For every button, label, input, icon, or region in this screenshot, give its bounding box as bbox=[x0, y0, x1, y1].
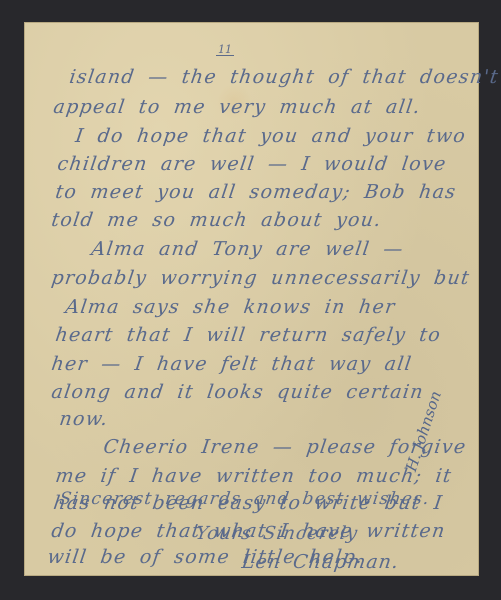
letter-line: children are well — I would love bbox=[56, 153, 448, 175]
letter-line: Sincerest regards and best wishes. bbox=[58, 488, 432, 510]
letter-line: me if I have written too much; it bbox=[54, 465, 454, 487]
letter-line: Alma says she knows in her bbox=[64, 296, 397, 318]
letter-line: along and it looks quite certain bbox=[50, 381, 425, 403]
letter-line: heart that I will return safely to bbox=[54, 324, 443, 346]
letter-line: Alma and Tony are well — bbox=[90, 238, 405, 260]
letter-line: appeal to me very much at all. bbox=[52, 96, 422, 118]
letter-line: probably worrying unnecessarily but bbox=[50, 267, 472, 289]
letter-line: her — I have felt that way all bbox=[50, 353, 414, 375]
closing: Yours Sincerely bbox=[195, 523, 360, 544]
signature: Len Chapman. bbox=[240, 551, 400, 573]
letter-line: now. bbox=[58, 408, 110, 430]
letter-line: I do hope that you and your two bbox=[74, 125, 468, 147]
letter-line: told me so much about you. bbox=[50, 209, 383, 231]
letter-line: island — the thought of that doesn't bbox=[68, 66, 500, 88]
scan-backdrop: 11 island — the thought of that doesn't … bbox=[0, 0, 501, 600]
letter-line: to meet you all someday; Bob has bbox=[54, 181, 458, 203]
